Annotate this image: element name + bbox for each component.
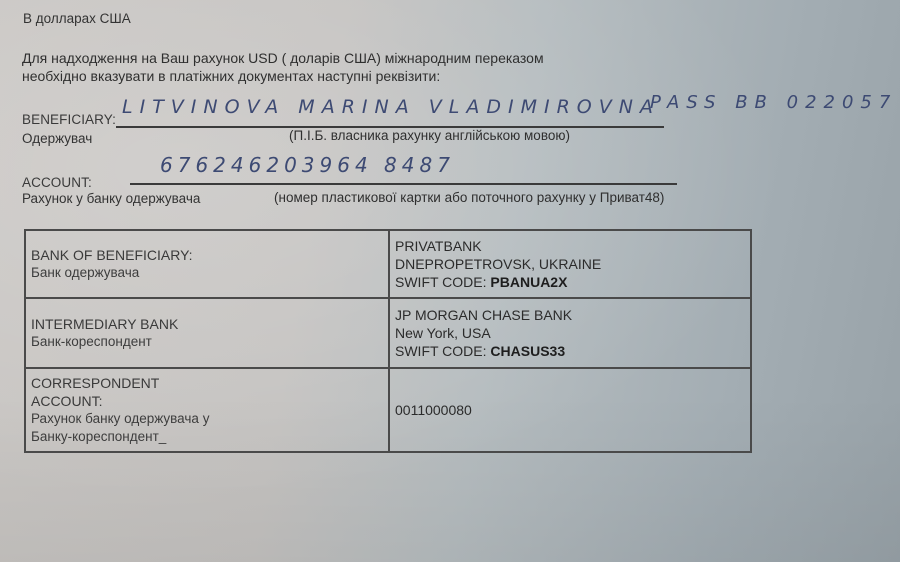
intermediary-bank-value-cell: JP MORGAN CHASE BANK New York, USA SWIFT… — [389, 298, 751, 368]
intermediary-bank-label-cell: INTERMEDIARY BANK Банк-кореспондент — [25, 298, 389, 368]
table-row-intermediary-bank: INTERMEDIARY BANK Банк-кореспондент JP M… — [25, 298, 751, 368]
bank-location: DNEPROPETROVSK, UKRAINE — [395, 255, 745, 273]
intermediary-bank-label-ua: Банк-кореспондент — [31, 333, 383, 351]
account-hint: (номер пластикової картки або поточного … — [274, 190, 664, 205]
account-label-ua: Рахунок у банку одержувача — [22, 191, 200, 206]
swift-code: PBANUA2X — [490, 274, 567, 290]
correspondent-account-number: 0011000080 — [395, 401, 745, 419]
account-number-handwritten: 676246203964 8487 — [160, 153, 455, 177]
bank-of-beneficiary-label-cell: BANK OF BENEFICIARY: Банк одержувача — [25, 230, 389, 298]
intermediary-bank-label-en: INTERMEDIARY BANK — [31, 315, 383, 333]
table-row-correspondent-account: CORRESPONDENT ACCOUNT: Рахунок банку оде… — [25, 368, 751, 452]
table-row-bank-of-beneficiary: BANK OF BENEFICIARY: Банк одержувача PRI… — [25, 230, 751, 298]
beneficiary-name-handwritten: LITVINOVA MARINA VLADIMIROVNA — [122, 96, 660, 118]
correspondent-account-label-en-1: CORRESPONDENT — [31, 374, 383, 392]
beneficiary-passport-handwritten: PASS BB 022057 — [650, 92, 897, 113]
correspondent-account-label-en-2: ACCOUNT: — [31, 392, 383, 410]
correspondent-account-label-ua-1: Рахунок банку одержувача у — [31, 410, 383, 428]
correspondent-account-value-cell: 0011000080 — [389, 368, 751, 452]
document-title: В долларах США — [23, 11, 131, 26]
swift-code: CHASUS33 — [490, 343, 565, 359]
intro-line-1: Для надходження на Ваш рахунок USD ( дол… — [22, 49, 544, 67]
account-underline — [130, 183, 677, 185]
intermediary-bank-location: New York, USA — [395, 324, 745, 342]
intermediary-bank-swift: SWIFT CODE: CHASUS33 — [395, 342, 745, 360]
swift-label: SWIFT CODE: — [395, 274, 490, 290]
swift-label: SWIFT CODE: — [395, 343, 490, 359]
bank-of-beneficiary-label-en: BANK OF BENEFICIARY: — [31, 246, 383, 264]
correspondent-account-label-ua-2: Банку-кореспондент_ — [31, 428, 383, 446]
bank-of-beneficiary-label-ua: Банк одержувача — [31, 264, 383, 282]
beneficiary-hint: (П.І.Б. власника рахунку англійською мов… — [289, 128, 570, 143]
beneficiary-label-en: BENEFICIARY: — [22, 112, 116, 127]
intermediary-bank-name: JP MORGAN CHASE BANK — [395, 306, 745, 324]
intro-line-2: необхідно вказувати в платіжних документ… — [22, 67, 544, 85]
bank-details-table: BANK OF BENEFICIARY: Банк одержувача PRI… — [24, 229, 752, 453]
bank-swift: SWIFT CODE: PBANUA2X — [395, 273, 745, 291]
beneficiary-label-ua: Одержувач — [22, 131, 92, 146]
bank-of-beneficiary-value-cell: PRIVATBANK DNEPROPETROVSK, UKRAINE SWIFT… — [389, 230, 751, 298]
correspondent-account-label-cell: CORRESPONDENT ACCOUNT: Рахунок банку оде… — [25, 368, 389, 452]
bank-name: PRIVATBANK — [395, 237, 745, 255]
intro-text: Для надходження на Ваш рахунок USD ( дол… — [22, 49, 544, 85]
account-label-en: ACCOUNT: — [22, 175, 92, 190]
